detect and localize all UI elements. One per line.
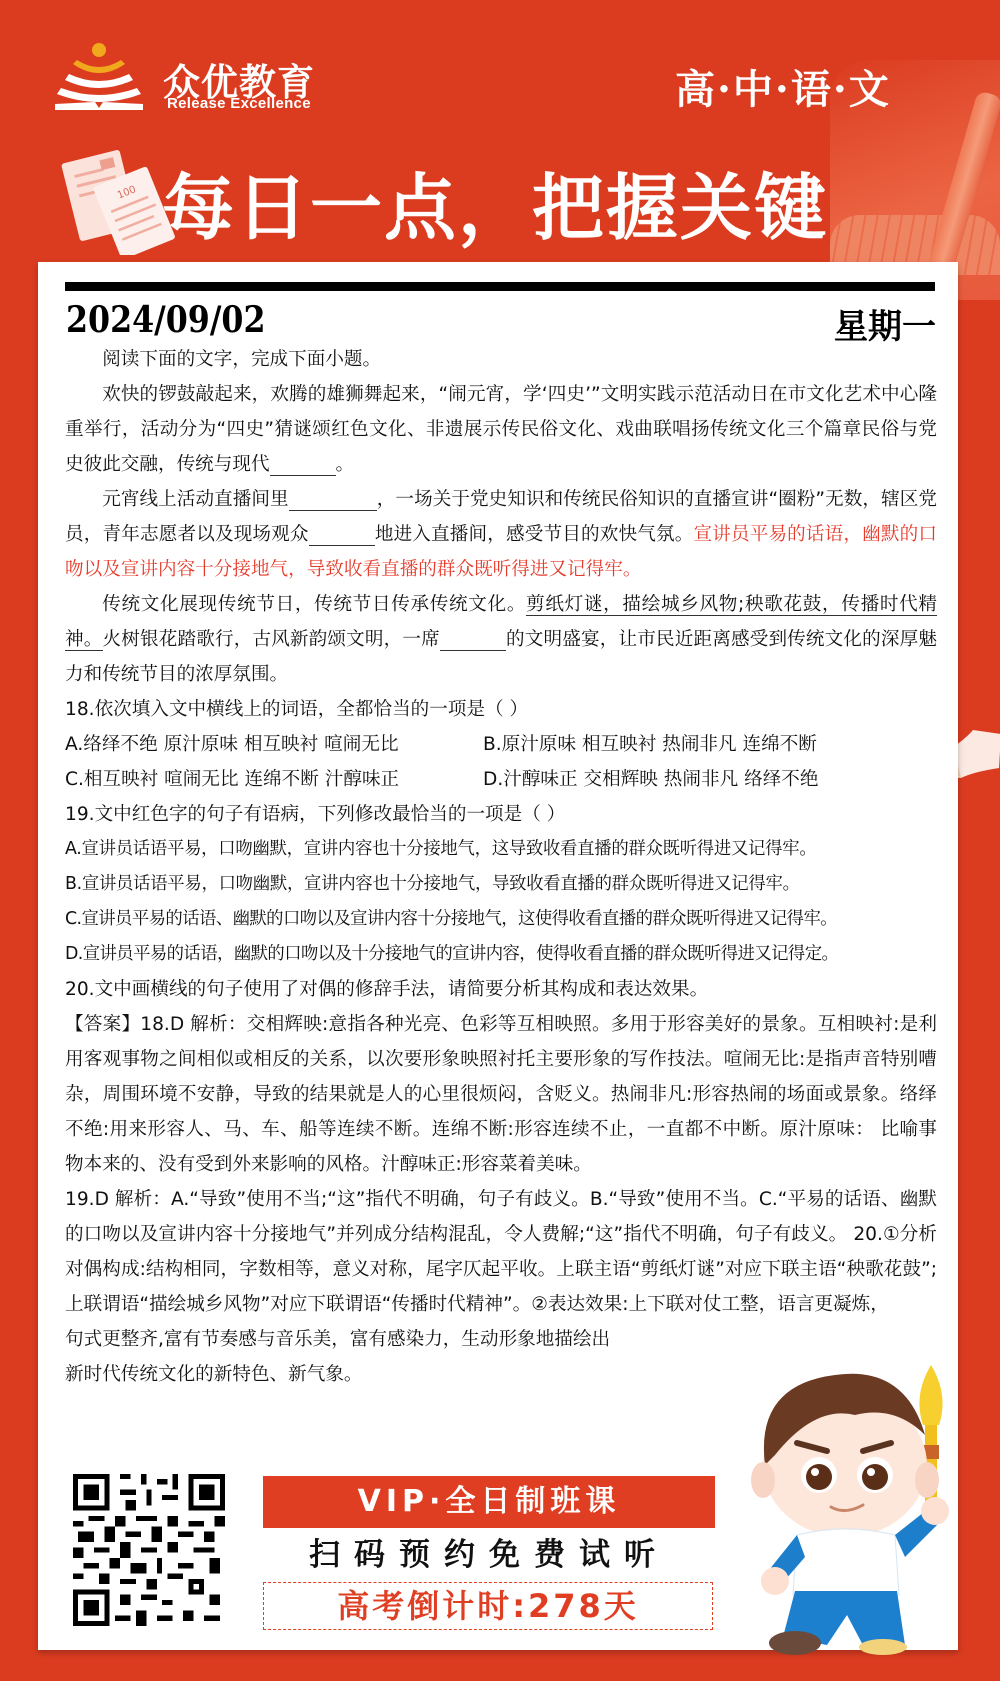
date: 2024/09/02 bbox=[66, 299, 265, 341]
subject-title: 高·中·语·文 bbox=[675, 58, 891, 115]
gaokao-countdown: 高考倒计时:278天 bbox=[263, 1582, 713, 1630]
scan-booking-label: 扫码预约免费试听 bbox=[263, 1532, 715, 1578]
qr-code[interactable] bbox=[73, 1474, 225, 1626]
brand-name-en: Release Excellence bbox=[167, 95, 311, 112]
top-rule bbox=[65, 282, 935, 291]
q19-option-a: A.宣讲员话语平易，口吻幽默，宣讲内容也十分接地气，这导致收看直播的群众既听得进… bbox=[65, 832, 937, 867]
answer-20-line-3: 新时代传统文化的新特色、新气象。 bbox=[65, 1357, 695, 1392]
q18-option-d: D.汁醇味正 交相辉映 热闹非凡 络绎不绝 bbox=[483, 762, 818, 797]
exam-papers-icon: 100 bbox=[60, 145, 175, 255]
question-20: 20.文中画横线的句子使用了对偶的修辞手法，请简要分析其构成和表达效果。 bbox=[65, 972, 937, 1007]
fill-blank-3 bbox=[309, 544, 375, 546]
fill-blank-4 bbox=[440, 649, 506, 651]
q18-option-a: A.络绎不绝 原汁原味 相互映衬 喧闹无比 bbox=[65, 727, 483, 762]
weekday: 星期一 bbox=[834, 299, 936, 348]
passage-paragraph-3: 传统文化展现传统节日，传统节日传承传统文化。剪纸灯谜，描绘城乡风物;秧歌花鼓，传… bbox=[65, 587, 937, 692]
q19-option-d: D.宣讲员平易的话语，幽默的口吻以及十分接地气的宣讲内容，使得收看直播的群众既听… bbox=[65, 937, 937, 972]
headline: 每日一点，把握关键 bbox=[162, 150, 828, 254]
q19-option-c: C.宣讲员平易的话语、幽默的口吻以及宣讲内容十分接地气，这使得收看直播的群众既听… bbox=[65, 902, 937, 937]
answer-18: 【答案】18.D 解析：交相辉映:意指各种光亮、色彩等互相映照。多用于形容美好的… bbox=[65, 1007, 937, 1182]
fill-blank-2 bbox=[289, 509, 377, 511]
q18-options-row-1: A.络绎不绝 原汁原味 相互映衬 喧闹无比B.原汁原味 相互映衬 热闹非凡 连绵… bbox=[65, 727, 937, 762]
article-content: 阅读下面的文字，完成下面小题。 欢快的锣鼓敲起来，欢腾的雄狮舞起来，“闹元宵，学… bbox=[65, 342, 937, 1392]
q19-option-b: B.宣讲员话语平易，口吻幽默，宣讲内容也十分接地气，导致收看直播的群众既听得进又… bbox=[65, 867, 937, 902]
fill-blank-1 bbox=[270, 474, 336, 476]
question-18: 18.依次填入文中横线上的词语，全都恰当的一项是（ ） bbox=[65, 692, 937, 727]
brand-logo: 众优教育 Release Excellence bbox=[55, 42, 355, 117]
instruction: 阅读下面的文字，完成下面小题。 bbox=[65, 342, 937, 377]
answer-20-line-2: 句式更整齐,富有节奏感与音乐美，富有感染力，生动形象地描绘出 bbox=[65, 1322, 695, 1357]
q18-option-c: C.相互映衬 喧闹无比 连绵不断 汁醇味正 bbox=[65, 762, 483, 797]
logo-mark-icon bbox=[55, 42, 147, 114]
vip-course-banner[interactable]: VIP·全日制班课 bbox=[263, 1476, 715, 1528]
passage-paragraph-2: 元宵线上活动直播间里，一场关于党史知识和传统民俗知识的直播宣讲“圈粉”无数，辖区… bbox=[65, 482, 937, 587]
question-19: 19.文中红色字的句子有语病，下列修改最恰当的一项是（ ） bbox=[65, 797, 937, 832]
q18-options-row-2: C.相互映衬 喧闹无比 连绵不断 汁醇味正D.汁醇味正 交相辉映 热闹非凡 络绎… bbox=[65, 762, 937, 797]
answer-19-20: 19.D 解析：A.“导致”使用不当;“这”指代不明确，句子有歧义。B.“导致”… bbox=[65, 1182, 937, 1322]
passage-paragraph-1: 欢快的锣鼓敲起来，欢腾的雄狮舞起来，“闹元宵，学‘四史’”文明实践示范活动日在市… bbox=[65, 377, 937, 482]
mascot-boy-illustration bbox=[735, 1345, 965, 1655]
q18-option-b: B.原汁原味 相互映衬 热闹非凡 连绵不断 bbox=[483, 727, 817, 762]
